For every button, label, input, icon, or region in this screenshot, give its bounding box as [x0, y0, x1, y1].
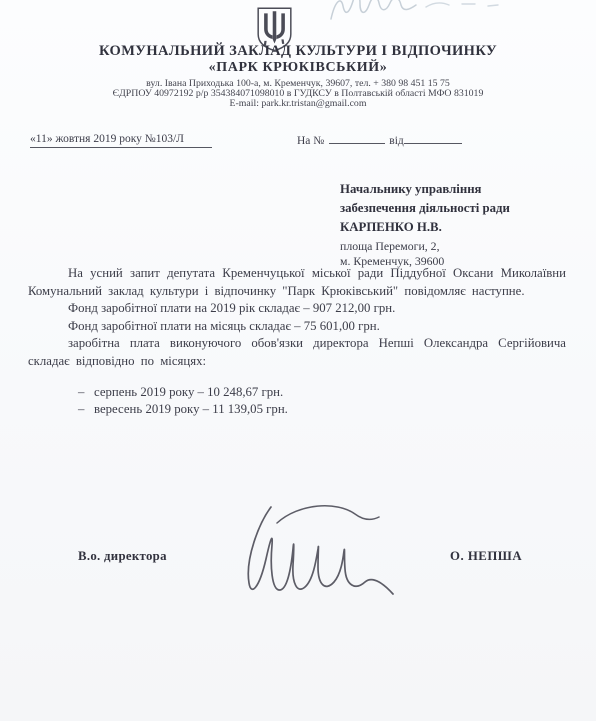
signature-scribble [233, 493, 401, 608]
reply-prefix-label: На № [297, 135, 324, 147]
list-item-marker: – [78, 384, 94, 402]
recipient-name: КАРПЕНКО Н.В. [340, 218, 510, 237]
org-name-line1: КОМУНАЛЬНИЙ ЗАКЛАД КУЛЬТУРИ І ВІДПОЧИНКУ [0, 43, 596, 60]
recipient-address-line1: площа Перемоги, 2, [340, 239, 510, 254]
list-item-text: вересень 2019 року – 11 139,05 грн. [94, 401, 288, 419]
scanned-letter-page: КОМУНАЛЬНИЙ ЗАКЛАД КУЛЬТУРИ І ВІДПОЧИНКУ… [0, 0, 596, 721]
list-item: – вересень 2019 року – 11 139,05 грн. [78, 401, 566, 419]
body-paragraph-intro: На усний запит депутата Кременчуцької мі… [28, 265, 566, 300]
recipient-block: Начальнику управління забезпечення діяль… [340, 180, 510, 269]
recipient-position-line1: Начальнику управління [340, 180, 510, 199]
body-fund-year-line: Фонд заробітної плати на 2019 рік склада… [28, 300, 566, 318]
list-item-marker: – [78, 401, 94, 419]
handwritten-note [328, 0, 508, 27]
recipient-position-line2: забезпечення діяльності ради [340, 199, 510, 218]
letter-date-number: «11» жовтня 2019 року №103/Л [30, 133, 212, 148]
reply-number-blank [329, 133, 385, 144]
list-item: – серпень 2019 року – 10 248,67 грн. [78, 384, 566, 402]
org-email: E-mail: park.kr.tristan@gmail.com [0, 98, 596, 109]
body-fund-month-line: Фонд заробітної плати на місяць складає … [28, 318, 566, 336]
list-item-text: серпень 2019 року – 10 248,67 грн. [94, 384, 283, 402]
signer-position-title: В.о. директора [78, 549, 167, 564]
monthly-salary-list: – серпень 2019 року – 10 248,67 грн. – в… [28, 384, 566, 419]
reply-date-blank [404, 133, 462, 144]
reply-reference-line: На №від [297, 133, 462, 147]
body-paragraph-salary: заробітна плата виконуючого обов'язки ди… [28, 335, 566, 370]
signer-name: О. НЕПША [450, 549, 522, 564]
letter-body: На усний запит депутата Кременчуцької мі… [28, 265, 566, 419]
org-name-line2: «ПАРК КРЮКІВСЬКИЙ» [0, 60, 596, 76]
reply-from-label: від [389, 135, 403, 147]
